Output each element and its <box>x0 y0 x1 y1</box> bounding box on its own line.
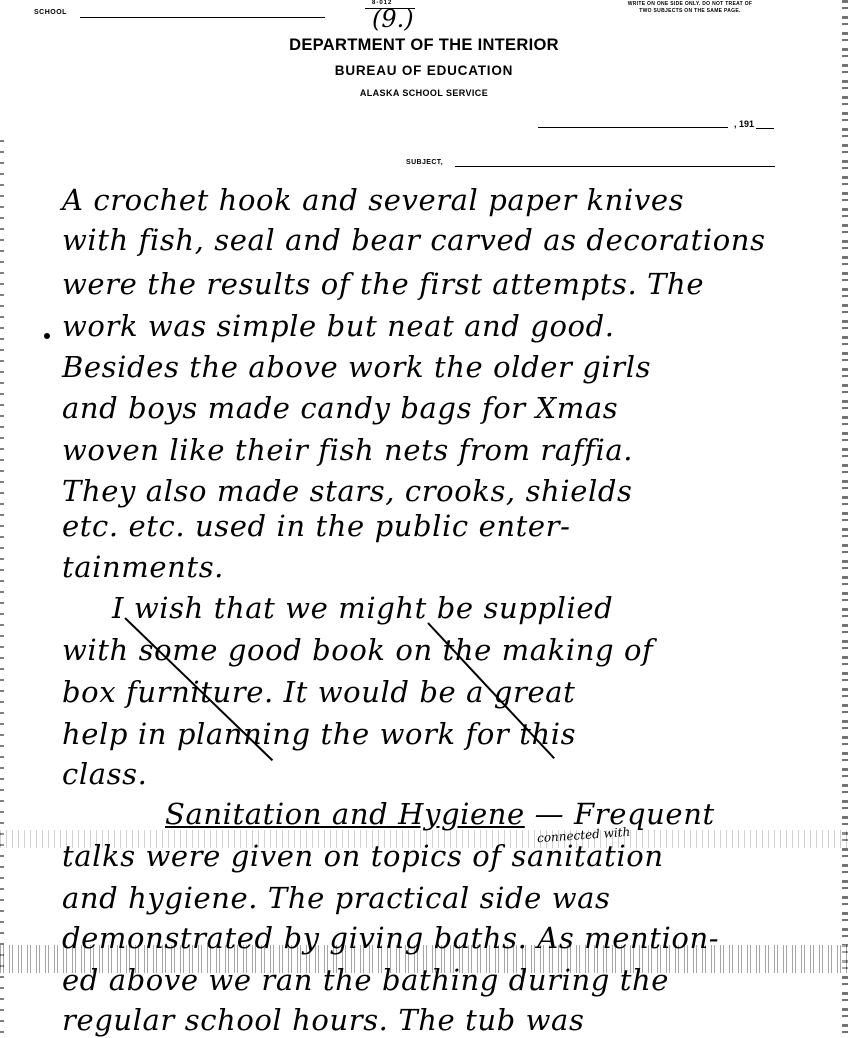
handwritten-line: talks were given on topics of sanitation <box>62 842 664 871</box>
handwritten-line: demonstrated by giving baths. As mention… <box>62 924 719 953</box>
handwritten-line: regular school hours. The tub was <box>62 1006 584 1035</box>
handwritten-line: A crochet hook and several paper knives <box>62 186 684 215</box>
handwritten-line: box furniture. It would be a great <box>62 678 575 707</box>
scan-edge-right <box>842 0 848 1038</box>
subject-label: SUBJECT, <box>406 159 443 166</box>
handwritten-line: and boys made candy bags for Xmas <box>62 394 618 423</box>
date-year-line <box>756 128 774 129</box>
margin-mark <box>44 333 50 339</box>
handwritten-line: tainments. <box>62 553 224 582</box>
department-heading: DEPARTMENT OF THE INTERIOR <box>0 36 848 55</box>
handwritten-line: They also made stars, crooks, shields <box>62 477 632 506</box>
notice-line: TWO SUBJECTS ON THE SAME PAGE. <box>600 8 780 15</box>
date-field-line <box>538 127 728 128</box>
page-number: (9.) <box>372 5 414 33</box>
form-notice: WRITE ON ONE SIDE ONLY. DO NOT TREAT OF … <box>600 1 780 15</box>
handwritten-line: etc. etc. used in the public enter- <box>62 512 571 541</box>
handwritten-line: with some good book on the making of <box>62 636 653 665</box>
bureau-heading: BUREAU OF EDUCATION <box>0 63 848 78</box>
handwritten-line: woven like their fish nets from raffia. <box>62 436 633 465</box>
service-heading: ALASKA SCHOOL SERVICE <box>0 88 848 98</box>
handwritten-line: were the results of the first attempts. … <box>62 270 704 299</box>
section-heading-line: Sanitation and Hygiene — Frequent <box>165 800 715 829</box>
handwritten-line: class. <box>62 760 147 789</box>
handwritten-line: help in planning the work for this <box>62 720 576 749</box>
date-year-prefix: , 191 <box>734 119 754 129</box>
scan-edge-left <box>0 140 4 1038</box>
handwritten-line: work was simple but neat and good. <box>62 312 615 341</box>
handwritten-line: I wish that we might be supplied <box>112 594 613 623</box>
handwritten-line: and hygiene. The practical side was <box>62 884 611 913</box>
handwritten-line: Besides the above work the older girls <box>62 353 651 382</box>
section-heading: Sanitation and Hygiene <box>165 797 525 831</box>
notice-line: WRITE ON ONE SIDE ONLY. DO NOT TREAT OF <box>600 1 780 8</box>
subject-field-line <box>455 166 775 167</box>
document-page: SCHOOL 8-012 (9.) WRITE ON ONE SIDE ONLY… <box>0 0 848 1038</box>
handwritten-line: with fish, seal and bear carved as decor… <box>62 226 766 255</box>
handwritten-line: ed above we ran the bathing during the <box>62 966 669 995</box>
school-field-line <box>80 17 325 18</box>
school-label: SCHOOL <box>34 9 67 16</box>
